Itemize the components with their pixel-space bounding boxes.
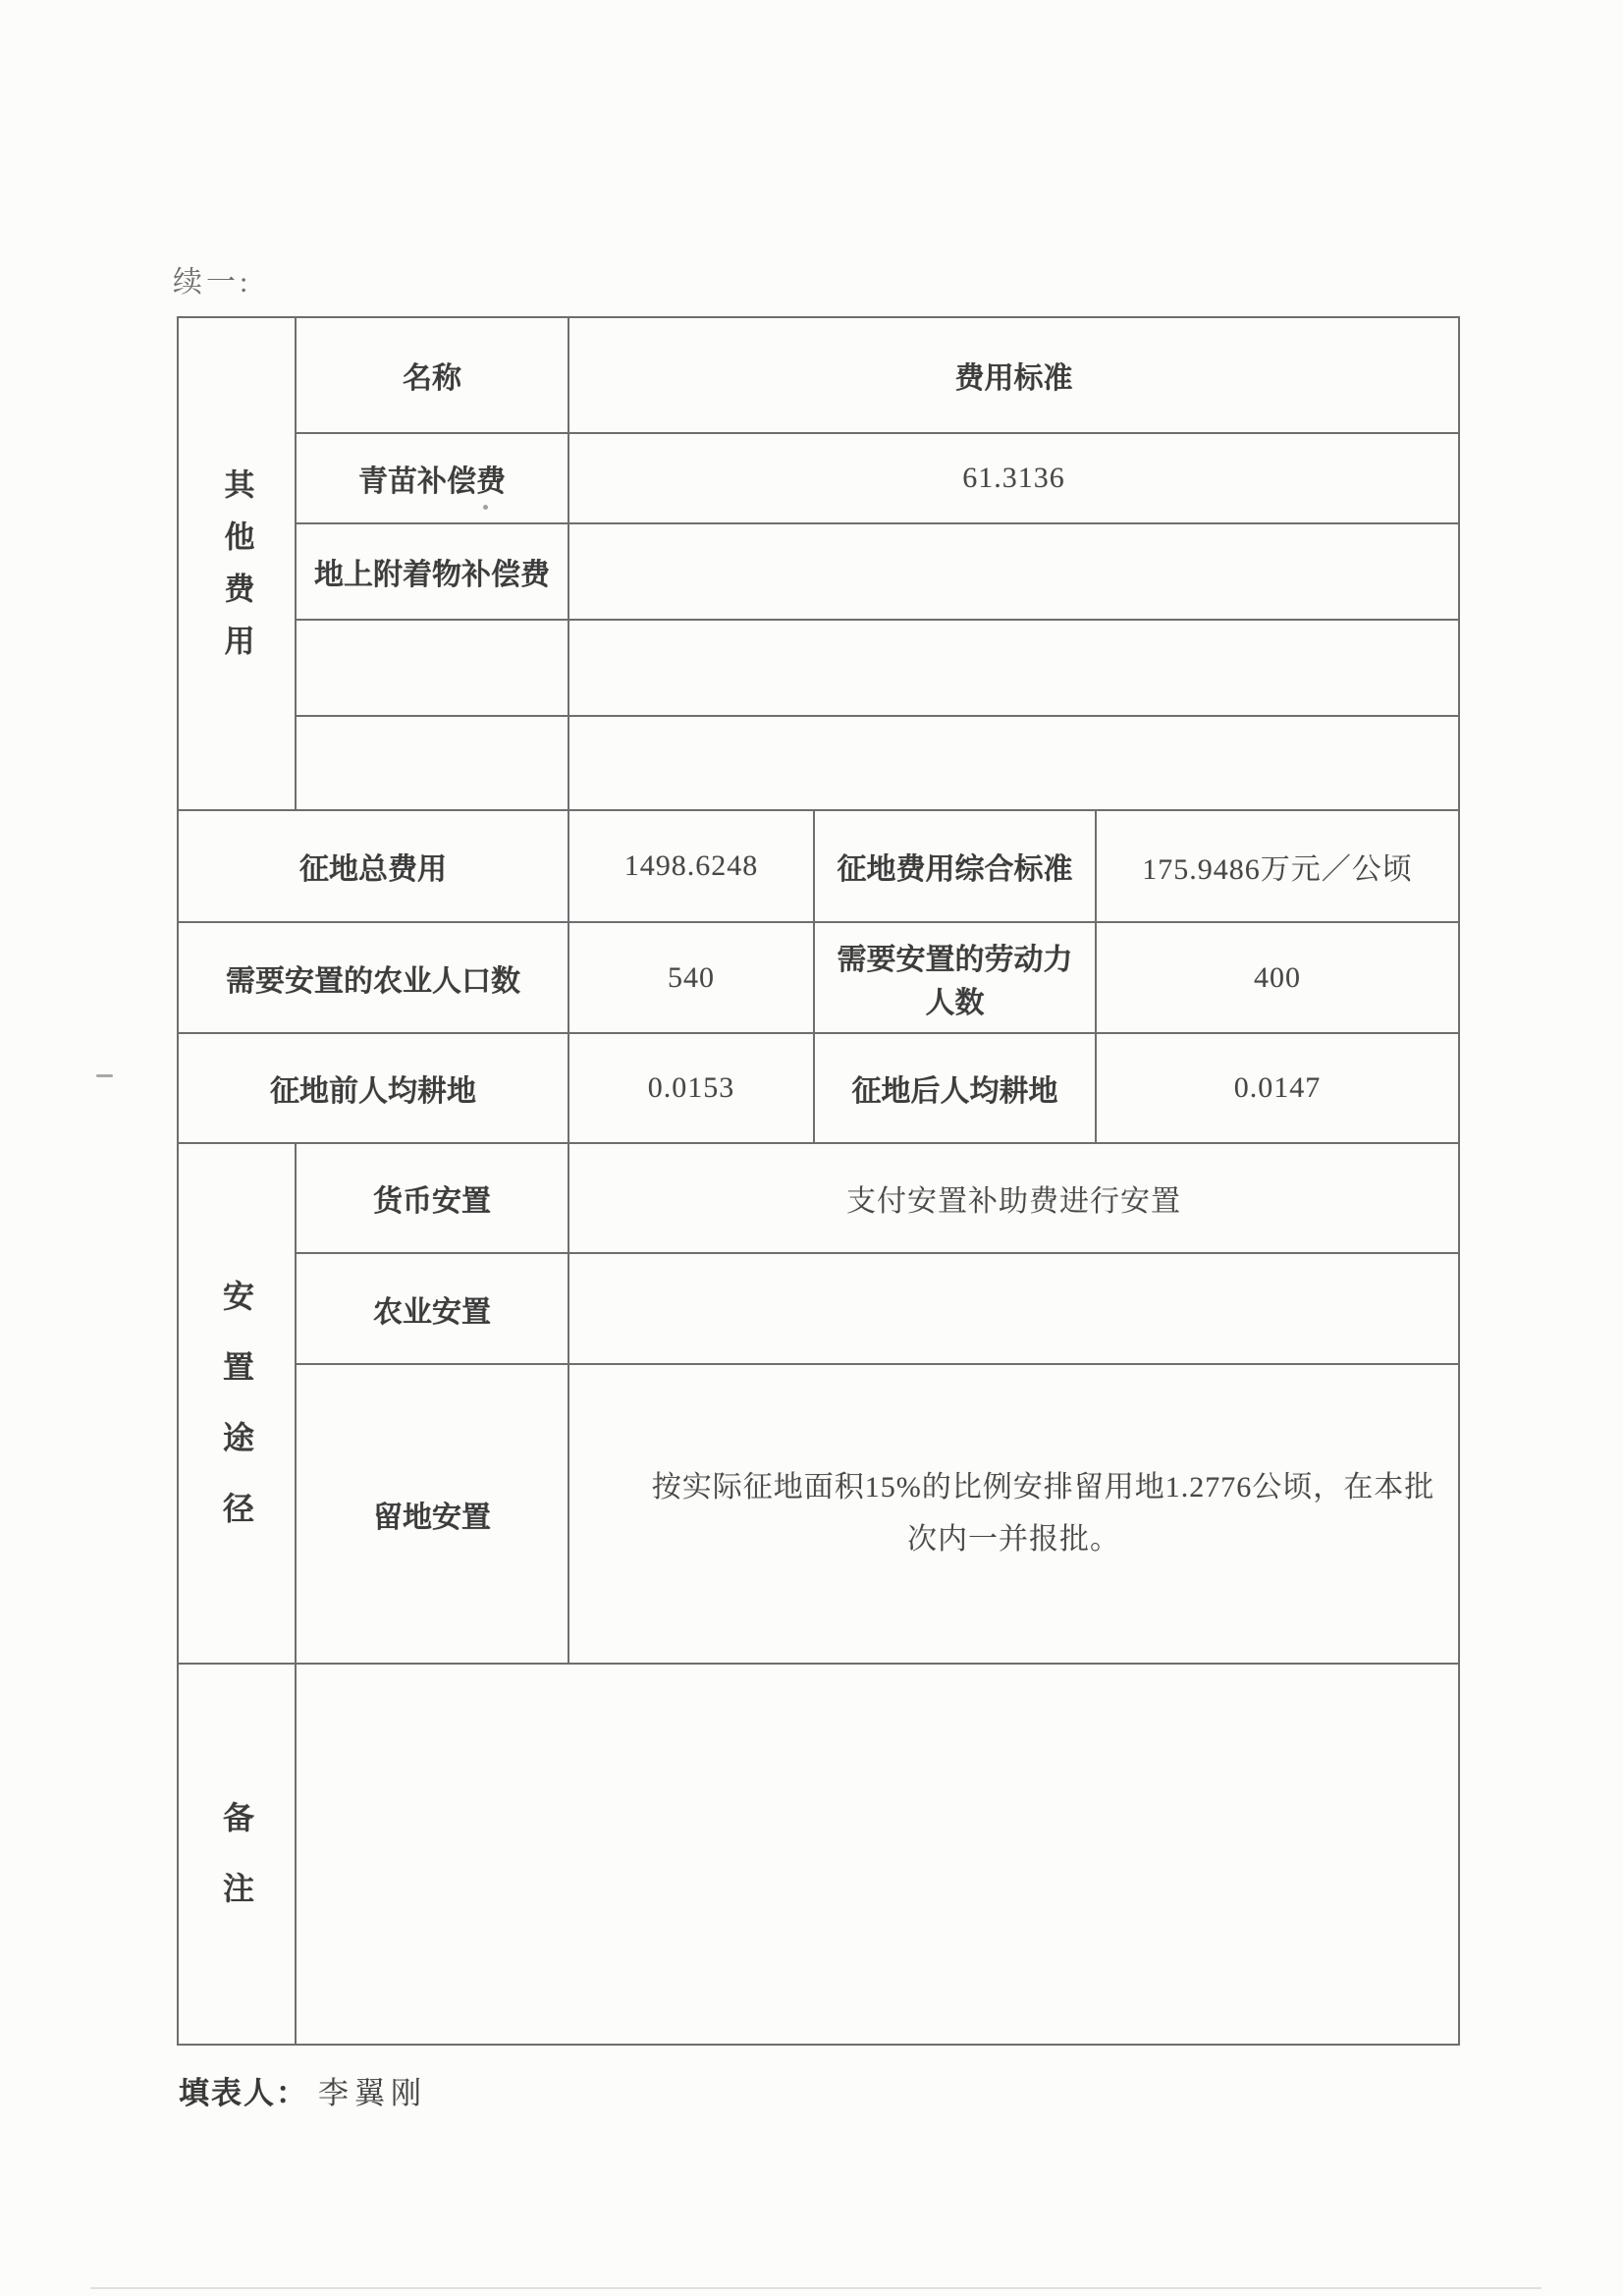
table-row	[178, 620, 1459, 716]
other-fees-section-label: 其他费用	[215, 468, 259, 677]
monetary-resettlement-label-cell: 货币安置	[296, 1143, 568, 1253]
table-row: 备注	[178, 1664, 1459, 2045]
table-row: 征地前人均耕地 0.0153 征地后人均耕地 0.0147	[178, 1033, 1459, 1143]
table-row: 需要安置的农业人口数 540 需要安置的劳动力人数 400	[178, 922, 1459, 1033]
crop-compensation-label-cell: 青苗补偿费	[296, 433, 568, 523]
total-fee-value-cell: 1498.6248	[568, 810, 814, 922]
labor-force-value-cell: 400	[1096, 922, 1459, 1033]
table-row: 地上附着物补偿费	[178, 523, 1459, 620]
empty-fee-label-cell-2	[296, 716, 568, 810]
total-fee-label-cell: 征地总费用	[178, 810, 568, 922]
agricultural-resettlement-label-cell: 农业安置	[296, 1253, 568, 1364]
remarks-section-label: 备注	[214, 1801, 259, 1942]
post-expropriation-farmland-value-cell: 0.0147	[1096, 1033, 1459, 1143]
remarks-section-cell: 备注	[178, 1664, 296, 2045]
labor-force-label-cell: 需要安置的劳动力人数	[814, 922, 1096, 1033]
post-expropriation-farmland-label-cell: 征地后人均耕地	[814, 1033, 1096, 1143]
table-row: 青苗补偿费 61.3136	[178, 433, 1459, 523]
table-row: 征地总费用 1498.6248 征地费用综合标准 175.9486万元／公顷	[178, 810, 1459, 922]
remarks-value-cell	[296, 1664, 1459, 2045]
land-retention-resettlement-value-cell: 按实际征地面积15%的比例安排留用地1.2776公顷，在本批次内一并报批。	[568, 1364, 1459, 1664]
monetary-resettlement-value-cell: 支付安置补助费进行安置	[568, 1143, 1459, 1253]
table-row: 留地安置 按实际征地面积15%的比例安排留用地1.2776公顷，在本批次内一并报…	[178, 1364, 1459, 1664]
table-row: 安置途径 货币安置 支付安置补助费进行安置	[178, 1143, 1459, 1253]
land-expropriation-fee-table: 其他费用 名称 费用标准 青苗补偿费 61.3136 地上附着物补偿费	[177, 316, 1460, 2046]
fee-standard-header-cell: 费用标准	[568, 317, 1459, 433]
empty-fee-value-cell-1	[568, 620, 1459, 716]
empty-fee-value-cell-2	[568, 716, 1459, 810]
other-fees-section-cell: 其他费用	[178, 317, 296, 810]
agricultural-resettlement-value-cell	[568, 1253, 1459, 1364]
pre-expropriation-farmland-value-cell: 0.0153	[568, 1033, 814, 1143]
table-row: 其他费用 名称 费用标准	[178, 317, 1459, 433]
page-bottom-scan-line	[90, 2287, 1542, 2289]
form-filler-label: 填表人：	[179, 2076, 308, 2110]
agri-population-value-cell: 540	[568, 922, 814, 1033]
agri-population-label-cell: 需要安置的农业人口数	[178, 922, 568, 1033]
scan-artifact-dash	[96, 1074, 113, 1077]
fee-name-header-cell: 名称	[296, 317, 568, 433]
form-filler-line: 填表人：李翼刚	[179, 2068, 427, 2112]
comprehensive-standard-value-cell: 175.9486万元／公顷	[1096, 810, 1459, 922]
form-filler-name: 李翼刚	[318, 2076, 427, 2110]
pre-expropriation-farmland-label-cell: 征地前人均耕地	[178, 1033, 568, 1143]
land-retention-note-text: 按实际征地面积15%的比例安排留用地1.2776公顷，在本批次内一并报批。	[583, 1462, 1444, 1565]
ground-attachment-label-cell: 地上附着物补偿费	[296, 523, 568, 620]
table-row	[178, 716, 1459, 810]
table-row: 农业安置	[178, 1253, 1459, 1364]
continuation-label: 续一:	[173, 257, 251, 301]
empty-fee-label-cell-1	[296, 620, 568, 716]
resettlement-section-cell: 安置途径	[178, 1143, 296, 1664]
crop-compensation-value-cell: 61.3136	[568, 433, 1459, 523]
land-retention-resettlement-label-cell: 留地安置	[296, 1364, 568, 1664]
resettlement-section-label: 安置途径	[214, 1280, 259, 1562]
scanned-document-page: 续一: 其他费用 名称 费用标准 青苗补偿费 61.3136 地上附着物补偿费	[0, 0, 1623, 2296]
ground-attachment-value-cell	[568, 523, 1459, 620]
comprehensive-standard-label-cell: 征地费用综合标准	[814, 810, 1096, 922]
